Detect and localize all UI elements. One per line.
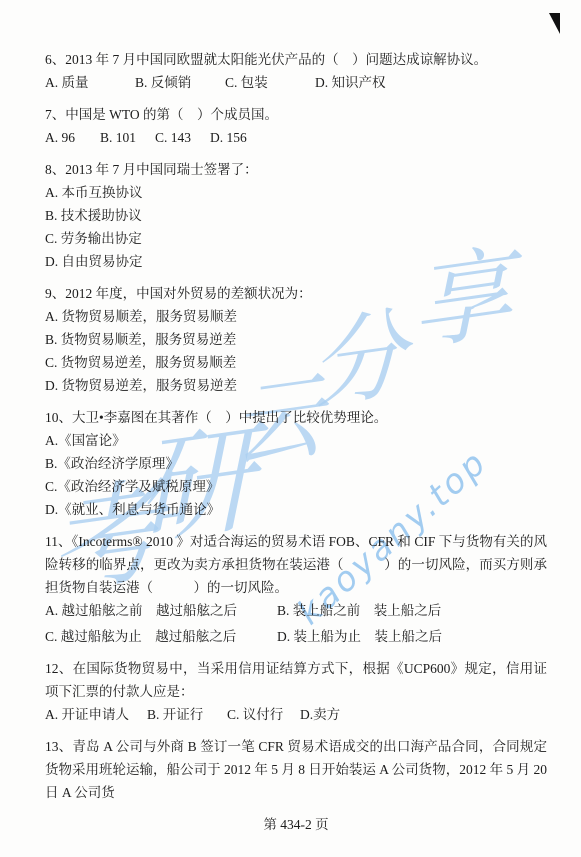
option-b: B.《政治经济学原理》 [45,452,547,475]
option-a: A. 开证申请人 [45,703,147,726]
question-6: 6、2013 年 7 月中国同欧盟就太阳能光伏产品的（ ）问题达成谅解协议。 A… [45,48,547,94]
option-d: D. 自由贸易协定 [45,250,547,273]
option-d: D. 装上船为止 装上船之后 [277,625,547,648]
option-a: A. 本币互换协议 [45,181,547,204]
scan-corner-mark-icon [549,13,560,34]
question-13: 13、青岛 A 公司与外商 B 签订一笔 CFR 贸易术语成交的出口海产品合同，… [45,735,547,804]
question-stem: 11、《Incoterms® 2010 》对适合海运的贸易术语 FOB、CFR … [45,530,547,599]
option-grid: A. 越过船舷之前 越过船舷之后 B. 装上船之前 装上船之后 C. 越过船舷为… [45,599,547,648]
option-d: D. 156 [210,126,247,149]
question-7: 7、中国是 WTO 的第（ ）个成员国。 A. 96 B. 101 C. 143… [45,103,547,149]
option-b: B. 技术援助协议 [45,204,547,227]
question-stem: 8、2013 年 7 月中国同瑞士签署了： [45,158,547,181]
question-12: 12、在国际货物贸易中，当采用信用证结算方式下，根据《UCP600》规定，信用证… [45,657,547,726]
page-footer: 第 434-2 页 [45,813,547,836]
option-row: A. 质量 B. 反倾销 C. 包装 D. 知识产权 [45,71,547,94]
question-10: 10、大卫•李嘉图在其著作（ ）中提出了比较优势理论。 A.《国富论》 B.《政… [45,406,547,521]
option-a: A. 质量 [45,71,135,94]
option-d: D. 知识产权 [315,71,386,94]
option-c: C.《政治经济学及赋税原理》 [45,475,547,498]
option-b: B. 101 [100,126,155,149]
option-c: C. 143 [155,126,210,149]
option-a: A.《国富论》 [45,429,547,452]
question-list: 6、2013 年 7 月中国同欧盟就太阳能光伏产品的（ ）问题达成谅解协议。 A… [45,48,547,836]
option-c: C. 货物贸易逆差，服务贸易顺差 [45,351,547,374]
option-d: D. 货物贸易逆差，服务贸易逆差 [45,374,547,397]
option-c: C. 包装 [225,71,315,94]
option-b: B. 货物贸易顺差，服务贸易逆差 [45,328,547,351]
option-d: D.卖方 [300,703,340,726]
question-stem: 13、青岛 A 公司与外商 B 签订一笔 CFR 贸易术语成交的出口海产品合同，… [45,735,547,804]
option-c: C. 劳务输出协定 [45,227,547,250]
question-stem: 10、大卫•李嘉图在其著作（ ）中提出了比较优势理论。 [45,406,547,429]
question-stem: 12、在国际货物贸易中，当采用信用证结算方式下，根据《UCP600》规定，信用证… [45,657,547,703]
option-c: C. 越过船舷为止 越过船舷之后 [45,625,277,648]
option-b: B. 装上船之前 装上船之后 [277,599,547,622]
option-a: A. 越过船舷之前 越过船舷之后 [45,599,277,622]
option-c: C. 议付行 [227,703,300,726]
question-stem: 9、2012 年度，中国对外贸易的差额状况为： [45,282,547,305]
option-row: A. 开证申请人 B. 开证行 C. 议付行 D.卖方 [45,703,547,726]
scanned-exam-page: 考 研 云 分 享 kaoyany.top 6、2013 年 7 月中国同欧盟就… [0,0,581,857]
option-b: B. 开证行 [147,703,227,726]
option-a: A. 货物贸易顺差，服务贸易顺差 [45,305,547,328]
question-stem: 7、中国是 WTO 的第（ ）个成员国。 [45,103,547,126]
option-a: A. 96 [45,126,100,149]
question-stem: 6、2013 年 7 月中国同欧盟就太阳能光伏产品的（ ）问题达成谅解协议。 [45,48,547,71]
question-9: 9、2012 年度，中国对外贸易的差额状况为： A. 货物贸易顺差，服务贸易顺差… [45,282,547,397]
question-8: 8、2013 年 7 月中国同瑞士签署了： A. 本币互换协议 B. 技术援助协… [45,158,547,273]
question-11: 11、《Incoterms® 2010 》对适合海运的贸易术语 FOB、CFR … [45,530,547,648]
option-d: D.《就业、利息与货币通论》 [45,498,547,521]
option-b: B. 反倾销 [135,71,225,94]
option-row: A. 96 B. 101 C. 143 D. 156 [45,126,547,149]
